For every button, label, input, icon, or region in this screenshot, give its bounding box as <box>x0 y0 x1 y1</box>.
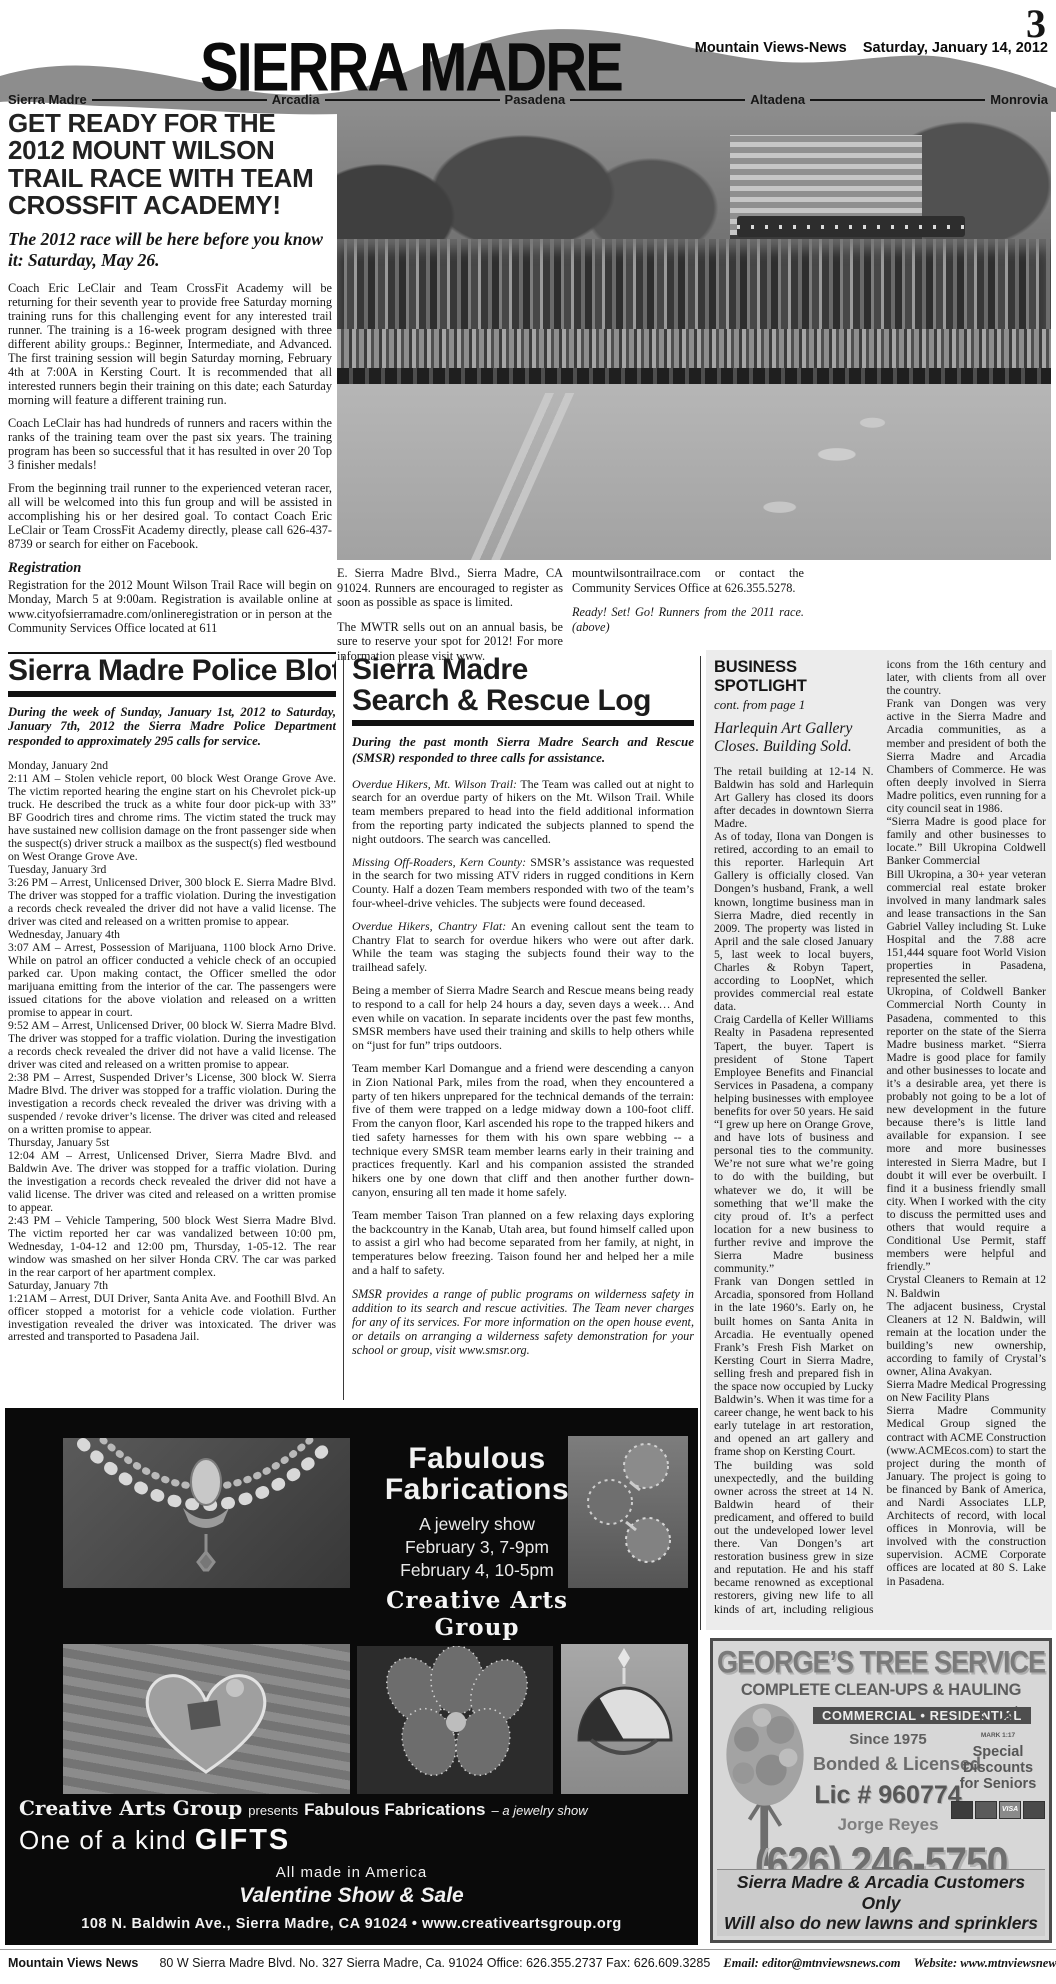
ad-credentials: Since 1975 Bonded & Licensed Lic # 96077… <box>813 1731 963 1835</box>
photo-start-line <box>337 368 1051 384</box>
ad-subtitle: COMPLETE CLEAN-UPS & HAULING <box>713 1681 1049 1700</box>
license-number: Lic # 960774 <box>813 1781 963 1810</box>
caption-text: mountwilsontrailrace.com or contact the … <box>572 566 804 595</box>
divider <box>352 720 694 726</box>
jewelry-show-ad: Fabulous Fabrications A jewelry show Feb… <box>5 1408 698 1945</box>
ad-valentine-line: Valentine Show & Sale <box>5 1884 698 1908</box>
day-label: Wednesday, January 4th <box>8 928 336 941</box>
pendant-graphic <box>561 1644 688 1794</box>
jewelry-photo-leaf-hearts <box>357 1646 553 1794</box>
race-photo <box>337 108 1051 560</box>
divider <box>8 691 336 697</box>
column-divider <box>343 656 344 1400</box>
rescue-entry: Overdue Hikers, Chantry Flat: An evening… <box>352 920 694 975</box>
story-heading: Harlequin Art Gallery Closes. Building S… <box>714 720 874 757</box>
article-subhead: The 2012 race will be here before you kn… <box>8 229 332 271</box>
ad-right-column: MARK 1:17 Special Discounts for Seniors … <box>951 1703 1045 1819</box>
article-headline: GET READY FOR THE 2012 MOUNT WILSON TRAI… <box>8 110 332 219</box>
blotter-entry: 2:38 PM – Arrest, Suspended Driver’s Lic… <box>8 1071 336 1136</box>
visa-icon: VISA <box>999 1801 1021 1819</box>
photo-start-banner <box>737 216 965 236</box>
paragraph: From the beginning trail runner to the e… <box>8 481 332 551</box>
paragraph: Ukropina, of Coldwell Banker Commercial … <box>887 985 1047 1273</box>
credit-card-icons: VISA <box>951 1801 1045 1819</box>
city-label: Pasadena <box>505 92 566 107</box>
ad-line: February 4, 10-5pm <box>357 1559 597 1582</box>
ad-made-line: All made in America <box>5 1864 698 1881</box>
ad-title: Fabulous Fabrications <box>357 1444 597 1505</box>
caption-text: E. Sierra Madre Blvd., Sierra Madre, CA … <box>337 566 563 610</box>
card-icon <box>975 1801 997 1819</box>
section-outro: SMSR provides a range of public programs… <box>352 1287 694 1358</box>
divider <box>570 99 745 101</box>
blotter-entry: 9:52 AM – Arrest, Unlicensed Driver, 00 … <box>8 1019 336 1071</box>
blotter-entry: 3:07 AM – Arrest, Possession of Marijuan… <box>8 941 336 1019</box>
footer-email: Email: editor@mtnviewsnews.com <box>723 1956 900 1970</box>
paragraph: Coach Eric LeClair and Team CrossFit Aca… <box>8 281 332 407</box>
section-header: Sierra Madre Search & Rescue Log <box>352 652 694 726</box>
day-label: Thursday, January 5st <box>8 1136 336 1149</box>
search-rescue-section: Sierra Madre Search & Rescue Log During … <box>352 652 694 1402</box>
city-label: Monrovia <box>990 92 1048 107</box>
mark-verse-label: MARK 1:17 <box>951 1732 1045 1739</box>
police-blotter-section: Sierra Madre Police Blotter During the w… <box>8 652 336 1406</box>
city-strip: Sierra Madre Arcadia Pasadena Altadena M… <box>8 92 1048 107</box>
divider <box>810 99 985 101</box>
newspaper-page: 3 SIERRA MADRE Mountain Views-News Satur… <box>0 0 1056 1984</box>
paragraph: As of today, Ilona van Dongen is retired… <box>714 830 874 1013</box>
day-label: Tuesday, January 3rd <box>8 863 336 876</box>
rescue-entry: Overdue Hikers, Mt. Wilson Trail: The Te… <box>352 778 694 847</box>
pull-quote: “Sierra Madre is good place for family a… <box>887 815 1047 867</box>
ad-brand: Creative Arts Group <box>357 1587 597 1641</box>
ad-caption-line: Creative Arts GrouppresentsFabulous Fabr… <box>19 1796 588 1820</box>
divider <box>92 99 267 101</box>
jewelry-photo-pendant <box>561 1644 688 1794</box>
blotter-day: Monday, January 2nd 2:11 AM – Stolen veh… <box>8 759 336 1343</box>
business-spotlight-section: BUSINESS SPOTLIGHT cont. from page 1 Har… <box>706 650 1052 1630</box>
business-spotlight-columns: BUSINESS SPOTLIGHT cont. from page 1 Har… <box>706 650 1052 1618</box>
section-intro: During the week of Sunday, January 1st, … <box>8 705 336 750</box>
paragraph: Coach LeClair has had hundreds of runner… <box>8 416 332 472</box>
continued-note: cont. from page 1 <box>714 697 874 713</box>
paper-dateline: Mountain Views-News Saturday, January 14… <box>695 40 1048 56</box>
ad-address-line: 108 N. Baldwin Ave., Sierra Madre, CA 91… <box>5 1916 698 1932</box>
blotter-entry: 3:26 PM – Arrest, Unlicensed Driver, 300… <box>8 876 336 928</box>
blotter-entry: 1:21AM – Arrest, DUI Driver, Santa Anita… <box>8 1292 336 1344</box>
paragraph: The adjacent business, Crystal Cleaners … <box>887 1300 1047 1379</box>
paper-name: Mountain Views-News <box>695 40 847 56</box>
tree-service-ad: GEORGE’S TREE SERVICE COMPLETE CLEAN-UPS… <box>710 1638 1052 1943</box>
photo-runner-legs <box>337 329 1051 370</box>
discount-label: Special Discounts for Seniors <box>951 1745 1045 1793</box>
photo-credit: Ready! Set! Go! Runners from the 2011 ra… <box>572 605 804 634</box>
blotter-entry: 2:43 PM – Vehicle Tampering, 500 block W… <box>8 1214 336 1279</box>
jewelry-photo-heart-pin <box>63 1644 350 1794</box>
fish-icon <box>976 1703 1020 1727</box>
paragraph: Sierra Madre Community Medical Group sig… <box>887 1404 1047 1587</box>
ad-title: GEORGE’S TREE SERVICE <box>713 1645 1049 1681</box>
footer-rule <box>0 1949 1056 1950</box>
heart-pin-graphic <box>63 1644 350 1794</box>
paragraph: Craig Cardella of Keller Williams Realty… <box>714 1013 874 1275</box>
jewelry-ad-text: Fabulous Fabrications A jewelry show Feb… <box>357 1444 597 1641</box>
ad-gifts-line: One of a kind GIFTS <box>19 1824 290 1857</box>
footer-paper-name: Mountain Views News <box>8 1956 138 1970</box>
ad-line: A jewelry show <box>357 1513 597 1536</box>
section-title: BUSINESS SPOTLIGHT <box>714 658 874 696</box>
paragraph: Registration for the 2012 Mount Wilson T… <box>8 578 332 634</box>
column-divider <box>700 656 701 1630</box>
photo-road <box>337 384 1051 560</box>
day-label: Saturday, January 7th <box>8 1279 336 1292</box>
photo-caption-right: mountwilsontrailrace.com or contact the … <box>572 566 804 644</box>
blotter-entry: 12:04 AM – Arrest, Unlicensed Driver, Si… <box>8 1149 336 1214</box>
section-intro: During the past month Sierra Madre Searc… <box>352 734 694 765</box>
city-label: Sierra Madre <box>8 92 87 107</box>
blotter-entry: 2:11 AM – Stolen vehicle report, 00 bloc… <box>8 772 336 863</box>
since-label: Since 1975 <box>813 1731 963 1748</box>
brand-name: Creative Arts Group <box>19 1796 242 1820</box>
bonded-label: Bonded & Licensed <box>813 1754 963 1775</box>
sub-heading: Sierra Madre Medical Progressing on New … <box>887 1378 1047 1404</box>
leaf-hearts-graphic <box>357 1646 553 1794</box>
footer-website: Website: www.mtnviewsnews.com <box>914 1956 1056 1970</box>
owner-name: Jorge Reyes <box>813 1815 963 1835</box>
divider <box>325 99 500 101</box>
section-header: Sierra Madre Police Blotter <box>8 652 336 697</box>
necklace-graphic <box>63 1438 350 1588</box>
section-title: Sierra Madre Police Blotter <box>8 656 336 687</box>
paragraph: Being a member of Sierra Madre Search an… <box>352 984 694 1053</box>
footer-address: 80 W Sierra Madre Blvd. No. 327 Sierra M… <box>159 1956 710 1970</box>
page-footer: Mountain Views News 80 W Sierra Madre Bl… <box>8 1956 1048 1971</box>
rescue-entry: Missing Off-Roaders, Kern County: SMSR’s… <box>352 856 694 911</box>
card-icon <box>1023 1801 1045 1819</box>
day-label: Monday, January 2nd <box>8 759 336 772</box>
jewelry-photo-bracelet <box>568 1436 688 1588</box>
lead-article: GET READY FOR THE 2012 MOUNT WILSON TRAI… <box>8 110 332 656</box>
mastercard-icon <box>951 1801 973 1819</box>
bracelet-graphic <box>568 1436 688 1588</box>
paragraph: Bill Ukropina, a 30+ year veteran commer… <box>887 868 1047 986</box>
sub-heading: Crystal Cleaners to Remain at 12 N. Bald… <box>887 1273 1047 1299</box>
issue-date: Saturday, January 14, 2012 <box>863 40 1048 56</box>
section-title: Sierra Madre Search & Rescue Log <box>352 654 694 716</box>
paragraph: The retail building at 12-14 N. Baldwin … <box>714 765 874 830</box>
ad-bottom-note: Sierra Madre & Arcadia Customers Only Wi… <box>717 1869 1045 1936</box>
registration-heading: Registration <box>8 560 332 577</box>
ad-line: February 3, 7-9pm <box>357 1536 597 1559</box>
paragraph: Team member Taison Tran planned on a few… <box>352 1209 694 1278</box>
city-label: Arcadia <box>272 92 320 107</box>
city-label: Altadena <box>750 92 805 107</box>
paragraph: Team member Karl Domangue and a friend w… <box>352 1062 694 1200</box>
jewelry-photo-necklace <box>63 1438 350 1588</box>
paragraph: Frank van Dongen settled in Arcadia, spo… <box>714 1275 874 1458</box>
paragraph: Frank van Dongen was very active in the … <box>887 697 1047 815</box>
